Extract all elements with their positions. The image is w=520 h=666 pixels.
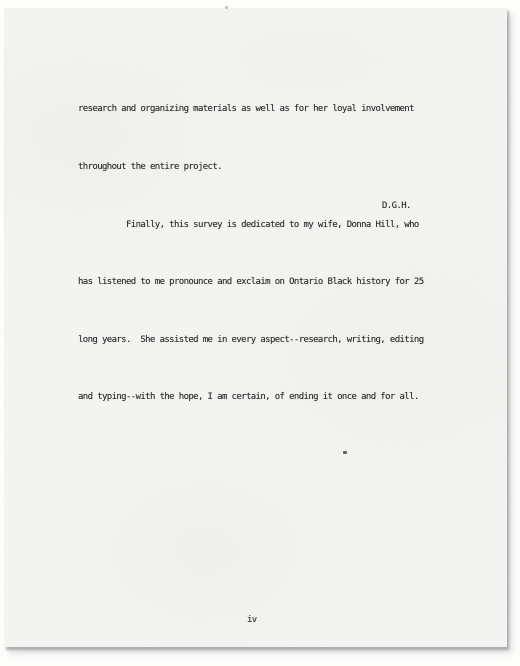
body-line: has listened to me pronounce and exclaim… — [78, 273, 438, 292]
dust-speck-artifact — [225, 6, 228, 9]
ink-speck-artifact — [343, 451, 347, 454]
body-text-block: research and organizing materials as wel… — [78, 62, 438, 446]
signature-initials: D.G.H. — [382, 202, 411, 211]
body-line: research and organizing materials as wel… — [78, 100, 438, 119]
scan-background: research and organizing materials as wel… — [0, 0, 520, 666]
body-line: throughout the entire project. — [78, 158, 438, 177]
body-line: and typing--with the hope, I am certain,… — [78, 388, 438, 407]
page-number: iv — [247, 616, 257, 625]
scanned-page: research and organizing materials as wel… — [4, 8, 507, 647]
body-line: Finally, this survey is dedicated to my … — [78, 216, 438, 235]
body-line: long years. She assisted me in every asp… — [78, 331, 438, 350]
